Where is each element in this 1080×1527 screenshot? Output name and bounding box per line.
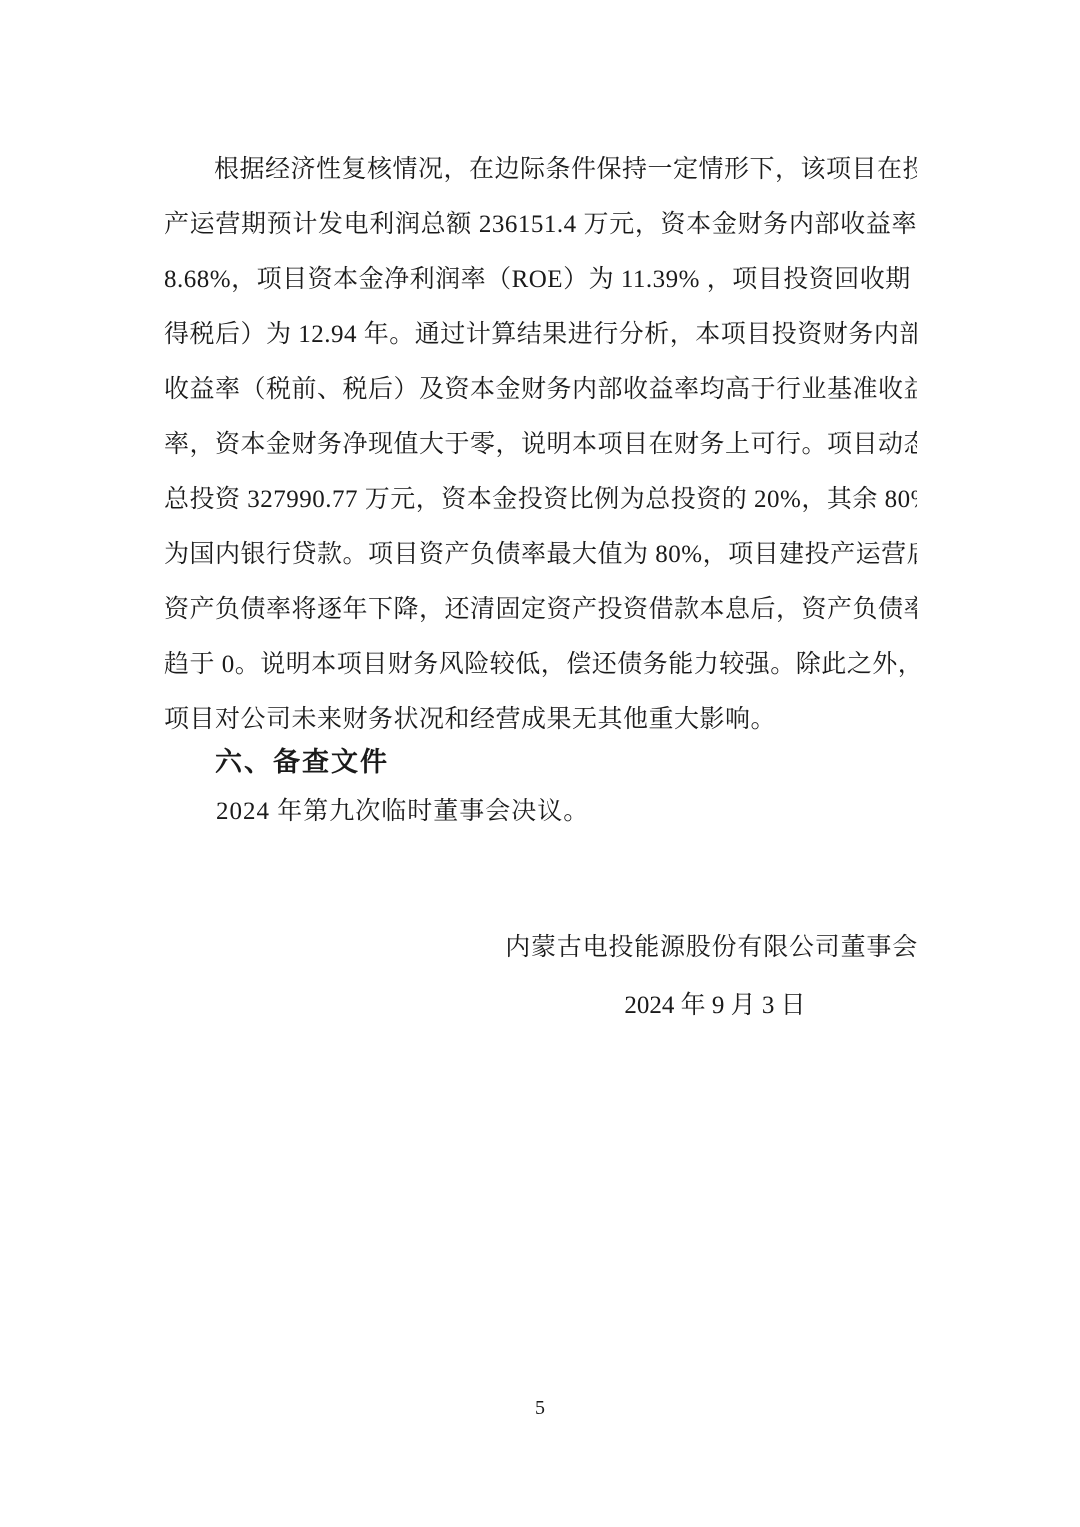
signature-date: 2024 年 9 月 3 日 [512, 981, 918, 1031]
paragraph-line: 根据经济性复核情况，在边际条件保持一定情形下，该项目在投 [164, 142, 917, 197]
paragraph-line: 产运营期预计发电利润总额 236151.4 万元，资本金财务内部收益率 [164, 197, 917, 252]
paragraph-line: 8.68%，项目资本金净利润率（ROE）为 11.39% ，项目投资回收期（所 [164, 252, 917, 307]
paragraph-line: 得税后）为 12.94 年。通过计算结果进行分析，本项目投资财务内部 [164, 307, 917, 362]
paragraph-line: 率，资本金财务净现值大于零，说明本项目在财务上可行。项目动态 [164, 417, 917, 472]
signature-company: 内蒙古电投能源股份有限公司董事会 [164, 923, 918, 973]
paragraph-line: 为国内银行贷款。项目资产负债率最大值为 80%，项目建投产运营后 [164, 527, 917, 582]
paragraph-line: 收益率（税前、税后）及资本金财务内部收益率均高于行业基准收益 [164, 362, 917, 417]
page-number: 5 [0, 1393, 1080, 1423]
section-item: 2024 年第九次临时董事会决议。 [216, 787, 589, 837]
paragraph-line: 趋于 0。说明本项目财务风险较低，偿还债务能力较强。除此之外， [164, 637, 917, 692]
paragraph-line: 总投资 327990.77 万元，资本金投资比例为总投资的 20%，其余 80% [164, 472, 917, 527]
body-paragraph: 根据经济性复核情况，在边际条件保持一定情形下，该项目在投 产运营期预计发电利润总… [164, 142, 917, 747]
section-heading: 六、备查文件 [215, 737, 389, 787]
paragraph-line: 资产负债率将逐年下降，还清固定资产投资借款本息后，资产负债率 [164, 582, 917, 637]
document-page: 根据经济性复核情况，在边际条件保持一定情形下，该项目在投 产运营期预计发电利润总… [0, 0, 1080, 1527]
